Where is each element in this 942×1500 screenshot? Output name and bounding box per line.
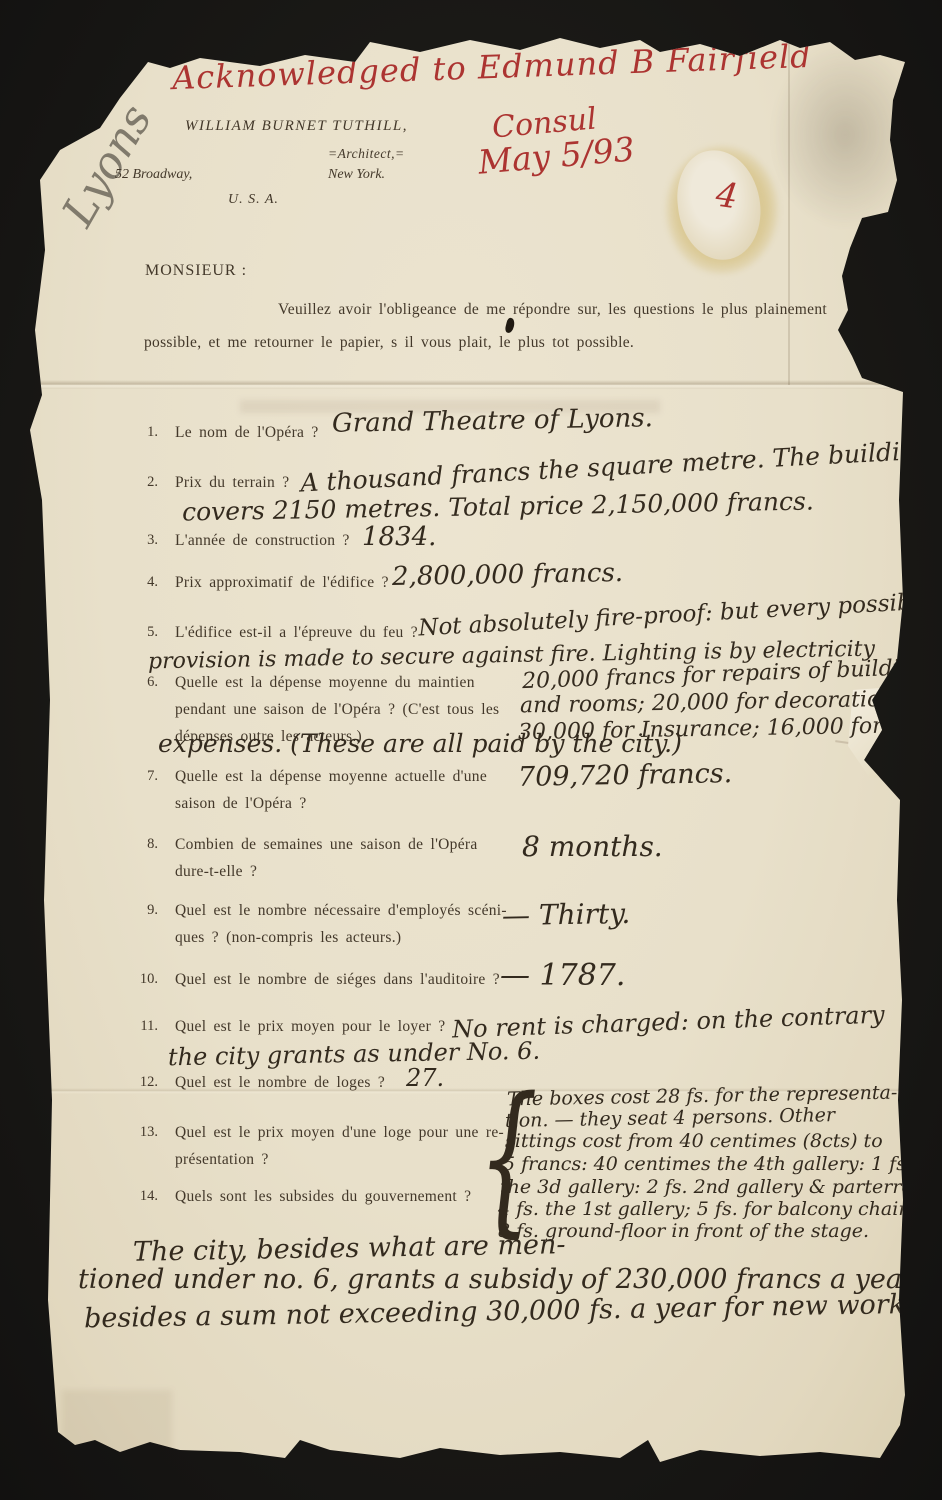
question-text: L'édifice est-il a l'épreuve du feu ? <box>175 624 418 642</box>
question-text: Prix du terrain ? <box>175 474 289 492</box>
question-text: Quelle est la dépense moyenne actuelle d… <box>175 768 487 786</box>
question-text: dure-t-elle ? <box>175 863 257 881</box>
answer-handwriting: 5 francs: 40 centimes the 4th gallery: 1… <box>503 1153 912 1175</box>
question-text: Quel est le prix moyen d'une loge pour u… <box>175 1124 504 1142</box>
question-text: Quel est le nombre de loges ? <box>175 1074 385 1092</box>
question-number: 3. <box>132 532 158 549</box>
answer-handwriting: — 1787. <box>500 958 625 993</box>
answer-handwriting: Not absolutely fire-proof: but every pos… <box>418 589 933 642</box>
letterhead-address: 52 Broadway, <box>115 167 192 183</box>
answer-handwriting: 27. <box>406 1064 444 1092</box>
question-number: 12. <box>132 1074 158 1091</box>
question-text: ques ? (non-compris les acteurs.) <box>175 929 401 947</box>
question-text: Prix approximatif de l'édifice ? <box>175 574 389 592</box>
answer-handwriting: A thousand francs the square metre. The … <box>300 435 933 497</box>
answer-handwriting: Grand Theatre of Lyons. <box>332 403 653 439</box>
letterhead-country: U. S. A. <box>228 192 279 208</box>
horizontal-fold-crease <box>28 380 908 389</box>
answer-handwriting: 1834. <box>362 522 436 552</box>
question-number: 2. <box>132 474 158 491</box>
photo-background: 4 Acknowledged to Edmund B Fairfield Lyo… <box>0 0 942 1500</box>
question-text: Quel est le nombre de siéges dans l'audi… <box>175 971 500 989</box>
answer-handwriting: the 3d gallery: 2 fs. 2nd gallery & part… <box>500 1176 919 1198</box>
answer-handwriting: covers 2150 metres. Total price 2,150,00… <box>182 486 814 526</box>
red-acknowledgement-note: Acknowledged to Edmund B Fairfield <box>172 37 813 97</box>
letterhead-title: =Architect,= <box>328 146 405 162</box>
body-line: possible, et me retourner le papier, s i… <box>144 334 634 352</box>
ink-blot <box>504 317 515 333</box>
letterhead-city: New York. <box>328 167 385 183</box>
letterhead-name: WILLIAM BURNET TUTHILL, <box>185 118 408 135</box>
question-text: présentation ? <box>175 1151 269 1169</box>
salutation: MONSIEUR : <box>145 262 247 280</box>
question-number: 10. <box>132 971 158 988</box>
question-text: Quelle est la dépense moyenne du maintie… <box>175 674 475 692</box>
answer-handwriting: expenses. (These are all paid by the cit… <box>158 729 682 758</box>
question-text: Quel est le prix moyen pour le loyer ? <box>175 1018 445 1036</box>
question-number: 11. <box>132 1018 158 1035</box>
answer-handwriting: besides a sum not exceeding 30,000 fs. a… <box>84 1289 928 1335</box>
document-paper: 4 Acknowledged to Edmund B Fairfield Lyo… <box>0 0 942 1500</box>
answer-handwriting: 709,720 francs. <box>518 758 733 793</box>
pencil-note-lyons: Lyons <box>53 96 163 235</box>
vertical-fold-crease <box>788 40 790 385</box>
question-text: Quels sont les subsides du gouvernement … <box>175 1188 471 1206</box>
question-text: Quel est le nombre nécessaire d'employés… <box>175 902 507 920</box>
question-number: 8. <box>132 836 158 853</box>
question-number: 6. <box>132 674 158 691</box>
question-text: L'année de construction ? <box>175 532 350 550</box>
question-number: 1. <box>132 424 158 441</box>
ghost-print-smudge <box>62 1390 172 1475</box>
question-number: 13. <box>132 1124 158 1141</box>
answer-handwriting: — Thirty. <box>502 897 631 932</box>
question-text: pendant une saison de l'Opéra ? (C'est t… <box>175 701 499 719</box>
answer-handwriting: tion. — they seat 4 persons. Other <box>505 1104 835 1132</box>
question-text: Le nom de l'Opéra ? <box>175 424 319 442</box>
answer-handwriting: 2,800,000 francs. <box>392 558 624 592</box>
question-text: saison de l'Opéra ? <box>175 795 307 813</box>
answer-handwriting: 8 months. <box>522 830 663 863</box>
question-number: 14. <box>132 1188 158 1205</box>
question-number: 9. <box>132 902 158 919</box>
answer-handwriting: The city, besides what are men- <box>133 1229 566 1268</box>
question-text: Combien de semaines une saison de l'Opér… <box>175 836 478 854</box>
question-number: 4. <box>132 574 158 591</box>
answer-handwriting: 4 fs. the 1st gallery; 5 fs. for balcony… <box>498 1198 924 1220</box>
question-number: 5. <box>132 624 158 641</box>
question-number: 7. <box>132 768 158 785</box>
body-line: Veuillez avoir l'obligeance de me répond… <box>278 301 827 319</box>
answer-handwriting: sittings cost from 40 centimes (8cts) to <box>505 1130 883 1152</box>
